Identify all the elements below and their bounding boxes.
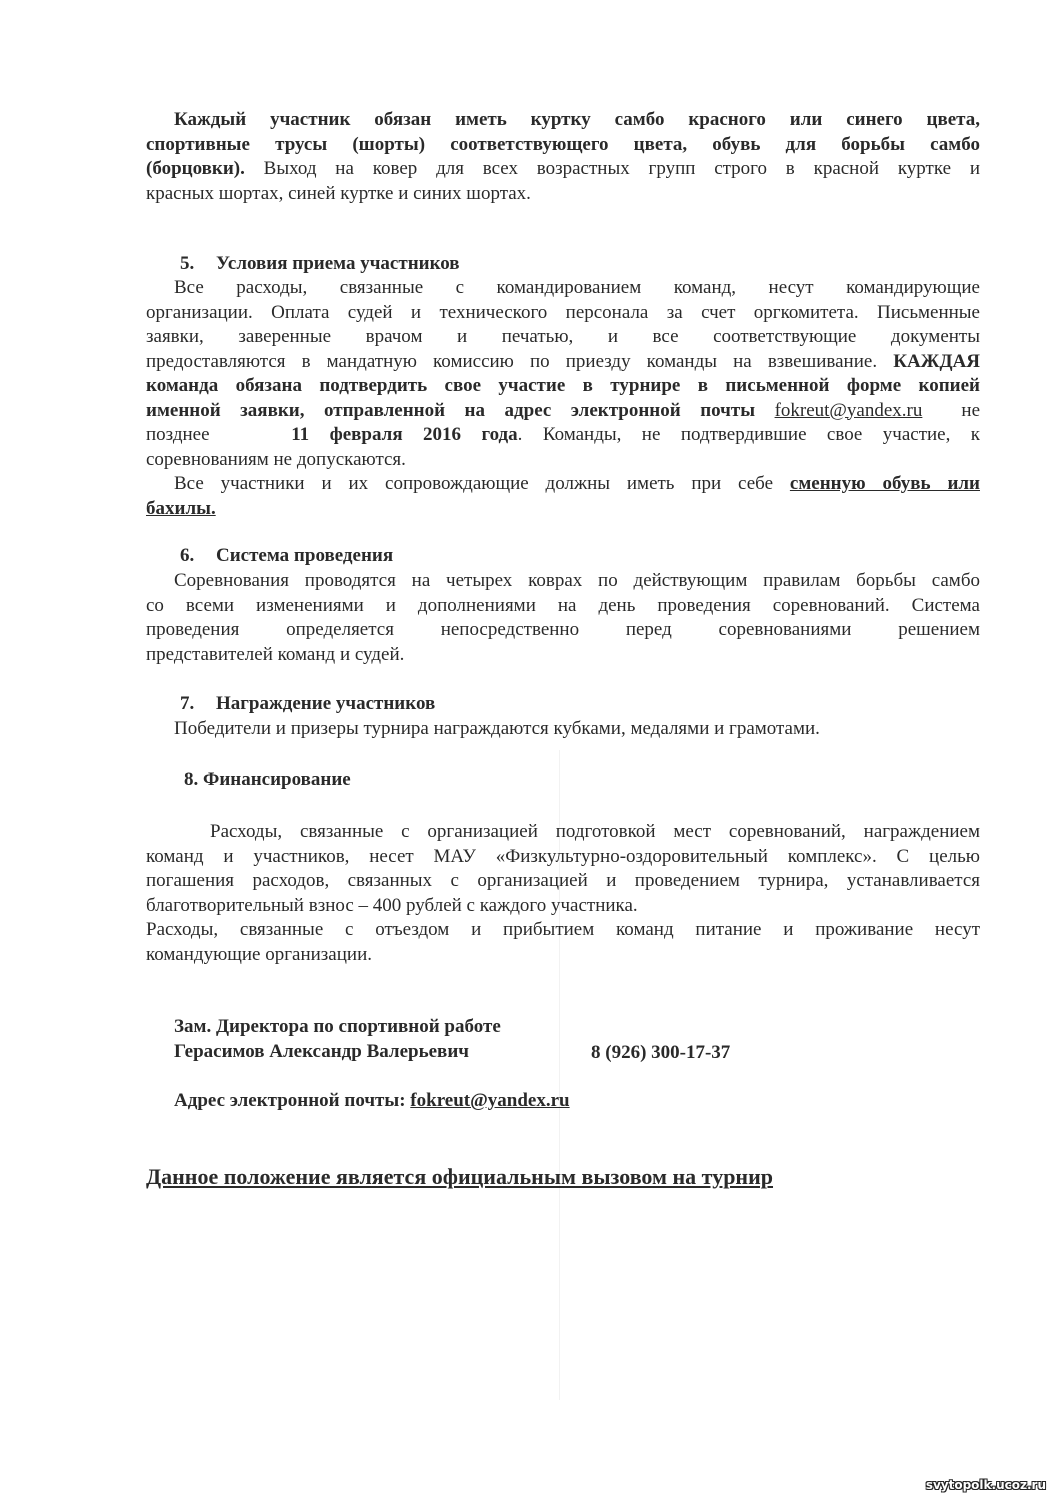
emphasis-text: команда обязана подтвердить свое участие…: [146, 374, 980, 399]
emphasis-text: КАЖДАЯ: [893, 351, 980, 372]
intro-line-3-normal: Выход на ковер для всех возрастных групп…: [245, 158, 980, 179]
text-line: проведения определяется непосредственно …: [146, 618, 980, 643]
text-line: предоставляются в мандатную комиссию по …: [146, 351, 877, 372]
text-line: не: [961, 400, 980, 421]
intro-line-4: красных шортах, синей куртке и синих шор…: [146, 183, 531, 204]
section-7-body: Победители и призеры турнира награждаютс…: [174, 717, 1008, 742]
text-line: Все расходы, связанные с командированием…: [146, 276, 980, 301]
section-5-body: Все расходы, связанные с командированием…: [146, 276, 980, 521]
signature-email: Адрес электронной почты: fokreut@yandex.…: [174, 1089, 570, 1113]
section-7-heading: 7.Награждение участников: [180, 692, 435, 716]
signature-phone: 8 (926) 300-17-37: [591, 1041, 730, 1065]
email-link[interactable]: fokreut@yandex.ru: [775, 400, 923, 421]
intro-paragraph: Каждый участник обязан иметь куртку самб…: [146, 108, 980, 206]
official-notice: Данное положение является официальным вы…: [146, 1164, 773, 1190]
text-line: представителей команд и судей.: [146, 643, 980, 668]
site-watermark: svytopolk.ucoz.ru: [926, 1478, 1046, 1492]
intro-line-2: спортивные трусы (шорты) соответствующег…: [146, 134, 980, 155]
text-line: Соревнования проводятся на четырех ковра…: [146, 569, 980, 594]
section-title: Финансирование: [203, 769, 351, 790]
section-number: 5.: [180, 252, 216, 276]
intro-line-3-bold: (борцовки).: [146, 158, 245, 179]
text-line: команд и участников, несет МАУ «Физкульт…: [146, 845, 980, 870]
section-6-heading: 6.Система проведения: [180, 544, 393, 568]
text-line: благотворительный взнос – 400 рублей с к…: [146, 894, 980, 919]
section-number: 6.: [180, 544, 216, 568]
emphasis-text: бахилы.: [146, 497, 980, 522]
text-line: Расходы, связанные с отъездом и прибытие…: [146, 918, 980, 943]
deadline-date: 11 февраля 2016 года: [291, 424, 517, 445]
section-number: 7.: [180, 692, 216, 716]
text-line: заявки, заверенные врачом и печатью, и в…: [146, 325, 980, 350]
text-line: . Команды, не подтвердившие свое участие…: [518, 424, 980, 445]
section-title: Система проведения: [216, 545, 393, 566]
text-line: соревнованиям не допускаются.: [146, 448, 980, 473]
person-name: Герасимов Александр Валерьевич: [174, 1041, 469, 1062]
intro-line-1: Каждый участник обязан иметь куртку самб…: [174, 109, 980, 130]
text-line: позднее: [146, 424, 210, 445]
email-label: Адрес электронной почты:: [174, 1090, 406, 1111]
text-line: Все участники и их сопровождающие должны…: [174, 473, 773, 494]
section-5-heading: 5.Условия приема участников: [180, 252, 460, 276]
position-title: Зам. Директора по спортивной работе: [174, 1016, 501, 1037]
section-8-body: Расходы, связанные с организацией подгот…: [146, 820, 980, 967]
section-title: Условия приема участников: [216, 253, 460, 274]
section-number: 8.: [184, 769, 198, 790]
section-6-body: Соревнования проводятся на четырех ковра…: [146, 569, 980, 667]
text-line: командующие организации.: [146, 943, 980, 968]
signature-name: Герасимов Александр Валерьевич: [174, 1040, 469, 1064]
text-line: погашения расходов, связанных с организа…: [146, 869, 980, 894]
emphasis-text: сменную обувь или: [790, 473, 980, 494]
text-line: Победители и призеры турнира награждаютс…: [174, 717, 1008, 742]
text-line: организации. Оплата судей и технического…: [146, 301, 980, 326]
text-line: Расходы, связанные с организацией подгот…: [146, 820, 980, 845]
email-link[interactable]: fokreut@yandex.ru: [410, 1090, 569, 1111]
section-title: Награждение участников: [216, 693, 435, 714]
phone-number[interactable]: 8 (926) 300-17-37: [591, 1042, 730, 1063]
section-8-heading: 8. Финансирование: [184, 768, 351, 792]
signature-position: Зам. Директора по спортивной работе: [174, 1015, 501, 1039]
notice-text: Данное положение является официальным вы…: [146, 1164, 773, 1189]
document-page: Каждый участник обязан иметь куртку самб…: [0, 0, 1060, 1500]
emphasis-text: именной заявки, отправленной на адрес эл…: [146, 400, 755, 421]
text-line: со всеми изменениями и дополнениями на д…: [146, 594, 980, 619]
